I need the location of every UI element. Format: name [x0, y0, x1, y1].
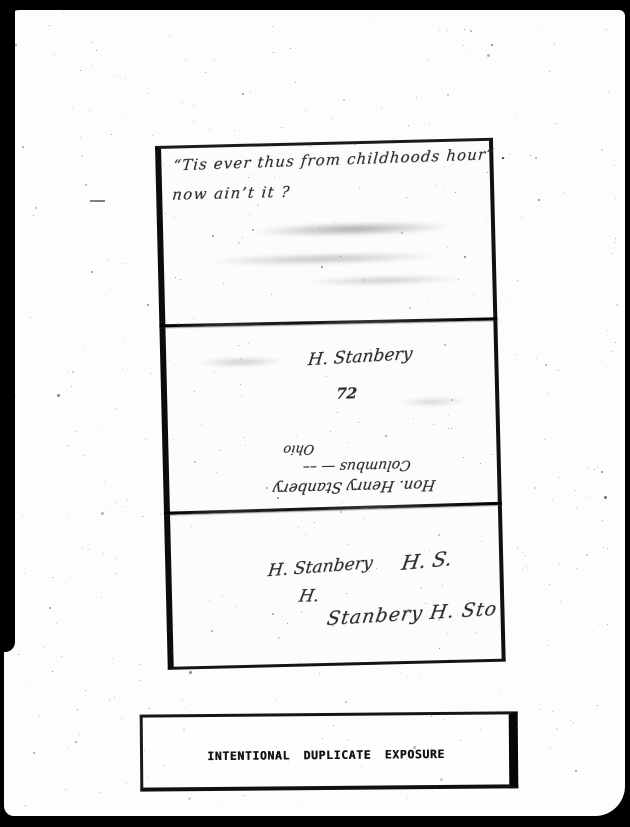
folded-letter-document: “Tis ever thus from childhoods hour” . n…	[155, 138, 506, 670]
ghost-exposure-smudge	[204, 250, 444, 268]
fold-line-lower	[164, 502, 502, 515]
handwritten-quote-line1: “Tis ever thus from childhoods hour” .	[172, 145, 507, 175]
signature-h-stanbery: H. Stanbery	[307, 344, 414, 370]
handwritten-quote-line2: now ain’t it ?	[171, 183, 291, 204]
duplicate-exposure-label-text: INTENTIONAL DUPLICATE EXPOSURE	[207, 747, 445, 763]
ghost-exposure-smudge	[304, 273, 464, 287]
duplicate-exposure-label-box: INTENTIONAL DUPLICATE EXPOSURE	[140, 711, 519, 791]
practice-signature-initials: H. S.	[400, 546, 454, 575]
fold-line-upper	[159, 317, 497, 327]
inverted-address-state: Ohio	[187, 441, 315, 459]
practice-signature-left: H. Stanbery	[267, 553, 374, 581]
practice-signature-h: H.	[297, 586, 321, 607]
ghost-exposure-smudge	[253, 220, 453, 239]
ghost-exposure-smudge	[397, 396, 467, 407]
document-top-panel: “Tis ever thus from childhoods hour” . n…	[161, 141, 489, 149]
stray-pencil-mark	[90, 200, 105, 202]
inverted-address-city: Columbus — ––	[188, 457, 412, 478]
ghost-exposure-smudge	[196, 356, 286, 368]
inverted-address-block: Hon. Henry Stanbery Columbus — –– Ohio	[188, 408, 438, 500]
inverted-address-name: Hon. Henry Stanbery	[188, 476, 436, 500]
photo-scan-area: “Tis ever thus from childhoods hour” . n…	[4, 10, 625, 816]
film-frame-left-edge	[0, 0, 15, 652]
practice-signature-bottom: Stanbery H. Sto	[325, 598, 499, 630]
handwritten-number: 72	[335, 384, 357, 403]
